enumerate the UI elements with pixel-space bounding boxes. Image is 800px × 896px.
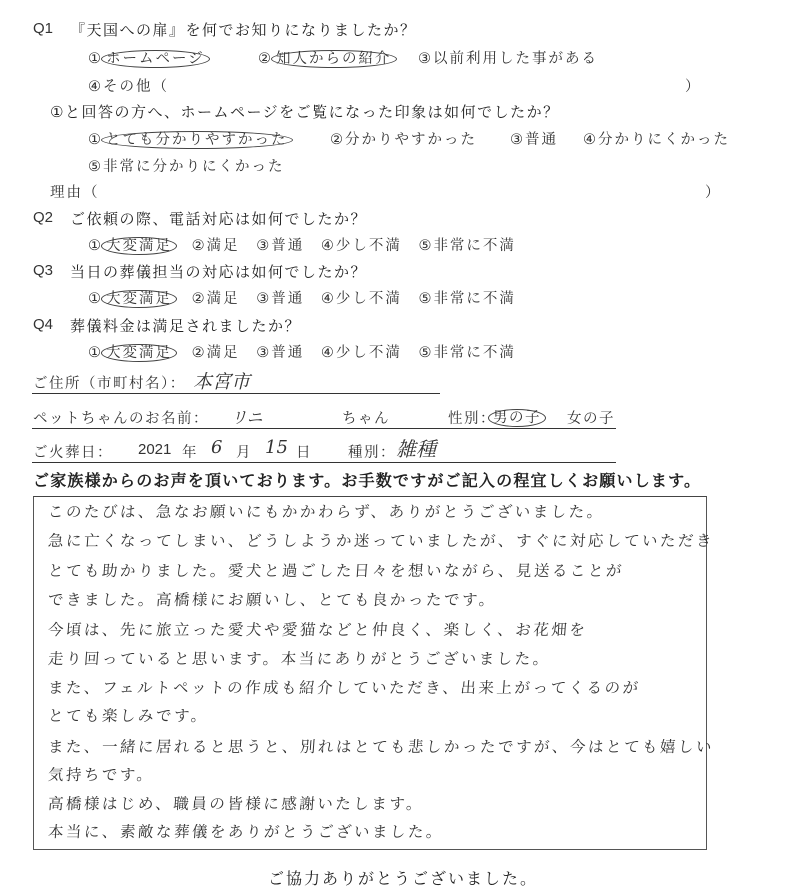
option-text: 少し不満 bbox=[336, 238, 402, 254]
address-label: ご住所（市町村名）： bbox=[33, 372, 186, 393]
option-text: 普通 bbox=[525, 132, 558, 148]
option-text: 非常に不満 bbox=[433, 291, 516, 307]
option-label: ③ bbox=[256, 291, 271, 307]
selected-circle: 大変満足 bbox=[101, 290, 177, 308]
comment-line: できました。高橋様にお願いし、とても良かったです。 bbox=[47, 588, 497, 610]
q1-number: Q1 bbox=[33, 20, 53, 37]
option-label: ③ bbox=[256, 345, 271, 361]
pet-name-suffix: ちゃん bbox=[342, 407, 390, 428]
option-text: 満足 bbox=[207, 291, 240, 307]
q1-sub-question: ①と回答の方へ、ホームページをご覧になった印象は如何でしたか？ bbox=[50, 101, 560, 122]
option-label: ⑤ bbox=[418, 345, 433, 361]
q1-other-close: ） bbox=[685, 75, 702, 96]
option-text: 普通 bbox=[271, 238, 304, 254]
type-label: 種別： bbox=[348, 441, 396, 462]
option-text: 分かりやすかった bbox=[345, 132, 477, 148]
option-label: ③ bbox=[418, 51, 433, 67]
q1-reason-close: ） bbox=[705, 181, 722, 202]
selected-circle: 男の子 bbox=[488, 409, 546, 427]
q2-number: Q2 bbox=[33, 209, 53, 226]
option-label: ② bbox=[192, 291, 207, 307]
selected-circle: 大変満足 bbox=[101, 344, 177, 362]
option-text: 非常に不満 bbox=[433, 238, 516, 254]
q1-sub-option-3[interactable]: ③普通 bbox=[510, 128, 558, 149]
day-unit: 日 bbox=[296, 441, 312, 462]
q4-options[interactable]: ①大変満足 ②満足 ③普通 ④少し不満 ⑤非常に不満 bbox=[88, 341, 516, 362]
address-value[interactable]: 本宮市 bbox=[193, 367, 250, 394]
option-label: ③ bbox=[510, 132, 525, 148]
year-unit: 年 bbox=[182, 441, 198, 462]
option-text: 満足 bbox=[207, 238, 240, 254]
selected-circle: 大変満足 bbox=[101, 237, 177, 255]
option-text: 普通 bbox=[271, 291, 304, 307]
option-label: ④ bbox=[321, 238, 336, 254]
option-label: ④ bbox=[88, 79, 103, 95]
q3-options[interactable]: ①大変満足 ②満足 ③普通 ④少し不満 ⑤非常に不満 bbox=[88, 287, 516, 308]
option-label: ④ bbox=[321, 345, 336, 361]
pet-name-underline bbox=[32, 428, 616, 429]
q1-question: 『天国への扉』を何でお知りになりましたか？ bbox=[70, 19, 417, 40]
q4-question: 葬儀料金は満足されましたか？ bbox=[70, 315, 301, 336]
comment-line: とても助かりました。愛犬と過ごした日々を想いながら、見送ることが bbox=[47, 559, 625, 581]
selected-circle: 知人からの紹介 bbox=[271, 50, 397, 68]
cremation-day[interactable]: 15 bbox=[265, 437, 288, 458]
comment-line: 本当に、素敵な葬儀をありがとうございました。 bbox=[47, 820, 445, 842]
cremation-date-label: ご火葬日： bbox=[33, 441, 113, 462]
q4-number: Q4 bbox=[33, 316, 53, 333]
comment-line: 走り回っていると思います。本当にありがとうございました。 bbox=[47, 647, 551, 669]
option-label: ⑤ bbox=[418, 291, 433, 307]
q1-option-4[interactable]: ④その他（ bbox=[88, 75, 169, 96]
option-label: ④ bbox=[583, 132, 598, 148]
option-text: 非常に分かりにくかった bbox=[103, 159, 285, 175]
option-label: ② bbox=[330, 132, 345, 148]
cremation-year: 2021 bbox=[138, 441, 171, 458]
cremation-underline bbox=[32, 462, 616, 463]
q1-sub-option-5[interactable]: ⑤非常に分かりにくかった bbox=[88, 155, 285, 176]
option-text: その他（ bbox=[103, 79, 169, 95]
type-value[interactable]: 雑種 bbox=[396, 433, 436, 462]
q1-sub-option-1[interactable]: ①とても分かりやすかった bbox=[88, 128, 293, 149]
pet-name-label: ペットちゃんのお名前： bbox=[33, 407, 209, 428]
option-label: ⑤ bbox=[418, 238, 433, 254]
footer-thanks: ご協力ありがとうございました。 bbox=[268, 866, 538, 889]
cremation-month[interactable]: 6 bbox=[211, 437, 222, 458]
comments-instruction: ご家族様からのお声を頂いております。お手数ですがご記入の程宜しくお願いします。 bbox=[33, 468, 701, 491]
q1-option-3[interactable]: ③以前利用した事がある bbox=[418, 47, 598, 68]
comment-line: 今頃は、先に旅立った愛犬や愛猫などと仲良く、楽しく、お花畑を bbox=[47, 618, 588, 640]
comment-line: 急に亡くなってしまい、どうしようか迷っていましたが、すぐに対応していただき bbox=[47, 529, 715, 551]
q1-option-2[interactable]: ②知人からの紹介 bbox=[258, 47, 397, 68]
option-label: ③ bbox=[256, 238, 271, 254]
q2-question: ご依頼の際、電話対応は如何でしたか？ bbox=[70, 208, 367, 229]
option-text: 少し不満 bbox=[336, 345, 402, 361]
comments-box[interactable]: このたびは、急なお願いにもかかわらず、ありがとうございました。 急に亡くなってし… bbox=[33, 496, 707, 850]
month-unit: 月 bbox=[236, 441, 252, 462]
comment-line: また、一緒に居れると思うと、別れはとても悲しかったですが、今はとても嬉しい bbox=[47, 735, 715, 757]
q1-reason-label: 理由（ bbox=[50, 181, 100, 202]
q2-options[interactable]: ①大変満足 ②満足 ③普通 ④少し不満 ⑤非常に不満 bbox=[88, 234, 516, 255]
option-text: 以前利用した事がある bbox=[433, 51, 598, 67]
comment-line: このたびは、急なお願いにもかかわらず、ありがとうございました。 bbox=[47, 500, 605, 522]
option-text: 普通 bbox=[271, 345, 304, 361]
address-underline bbox=[32, 393, 440, 394]
comment-line: とても楽しみです。 bbox=[47, 704, 209, 726]
q3-number: Q3 bbox=[33, 262, 53, 279]
option-text: 少し不満 bbox=[336, 291, 402, 307]
option-label: ④ bbox=[321, 291, 336, 307]
option-label: ② bbox=[192, 238, 207, 254]
option-text: 分かりにくかった bbox=[598, 132, 730, 148]
q1-sub-option-4[interactable]: ④分かりにくかった bbox=[583, 128, 730, 149]
selected-circle: ホームページ bbox=[101, 50, 210, 68]
comment-line: 高橋様はじめ、職員の皆様に感謝いたします。 bbox=[47, 792, 425, 814]
sex-option-male[interactable]: 男の子 bbox=[490, 406, 546, 427]
option-text: 非常に不満 bbox=[433, 345, 516, 361]
q3-question: 当日の葬儀担当の対応は如何でしたか？ bbox=[70, 261, 367, 282]
pet-name-value[interactable]: リニ bbox=[231, 405, 263, 428]
q1-option-1[interactable]: ①ホームページ bbox=[88, 47, 210, 68]
sex-option-female[interactable]: 女の子 bbox=[567, 407, 615, 428]
q1-sub-option-2[interactable]: ②分かりやすかった bbox=[330, 128, 477, 149]
selected-circle: とても分かりやすかった bbox=[101, 131, 293, 149]
comment-line: 気持ちです。 bbox=[47, 763, 155, 785]
comment-line: また、フェルトペットの作成も紹介していただき、出来上がってくるのが bbox=[47, 676, 641, 698]
option-label: ⑤ bbox=[88, 159, 103, 175]
option-label: ② bbox=[192, 345, 207, 361]
option-text: 満足 bbox=[207, 345, 240, 361]
